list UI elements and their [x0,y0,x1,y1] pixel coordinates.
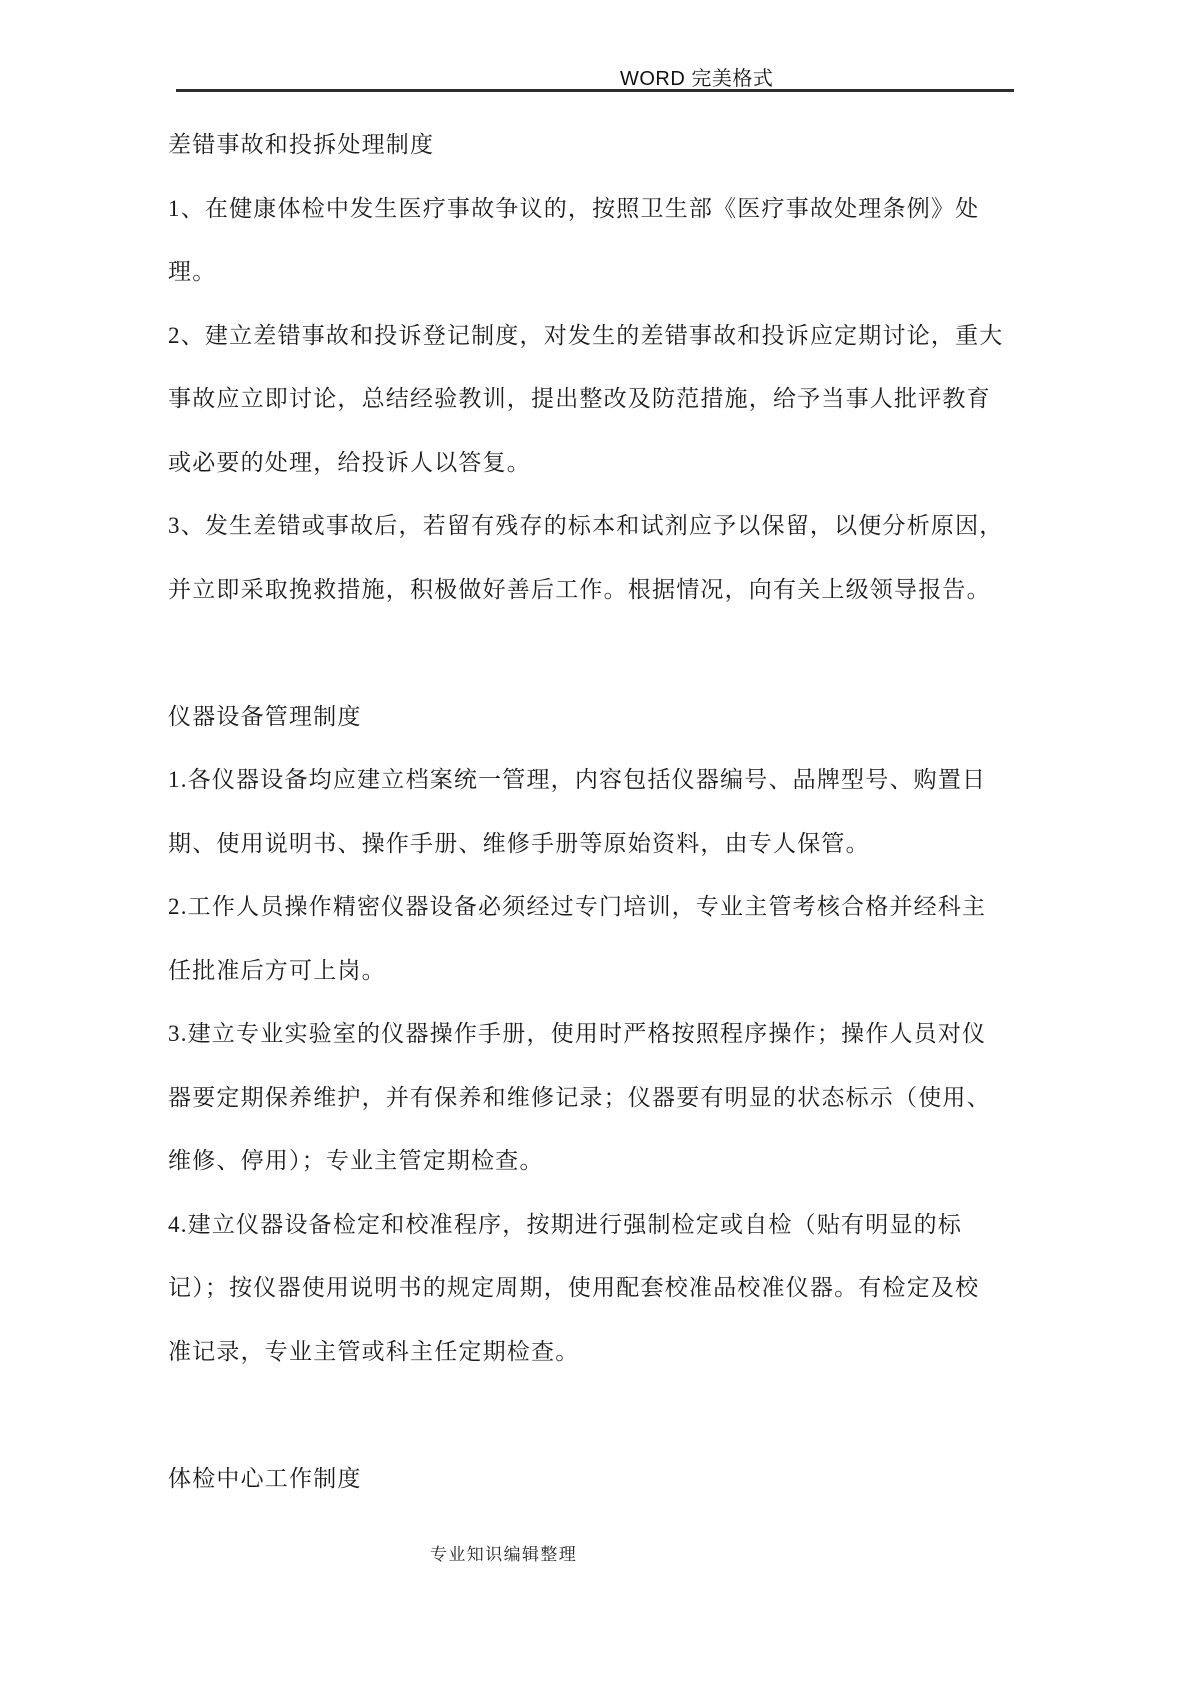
paragraph: 3、发生差错或事故后，若留有残存的标本和试剂应予以保留，以便分析原因，并立即采取… [168,494,1058,621]
paragraph: 2.工作人员操作精密仪器设备必须经过专门培训，专业主管考核合格并经科主任批准后方… [168,875,1058,1002]
section-spacer [168,621,1058,685]
paragraph-line: 1.各仪器设备均应建立档案统一管理，内容包括仪器编号、品牌型号、购置日 [168,748,1058,812]
paragraph: 4.建立仪器设备检定和校准程序，按期进行强制检定或自检（贴有明显的标记）；按仪器… [168,1193,1058,1384]
paragraph-line: 事故应立即讨论，总结经验教训，提出整改及防范措施，给予当事人批评教育 [168,367,1058,431]
header-rule [176,89,1014,92]
document-section: 差错事故和投拆处理制度1、在健康体检中发生医疗事故争议的，按照卫生部《医疗事故处… [168,113,1058,621]
page-footer: 专业知识编辑整理 [430,1541,577,1569]
paragraph-line: 并立即采取挽救措施，积极做好善后工作。根据情况，向有关上级领导报告。 [168,558,1058,622]
document-page: WORD 完美格式 差错事故和投拆处理制度1、在健康体检中发生医疗事故争议的，按… [0,0,1189,1682]
paragraph-line: 1、在健康体检中发生医疗事故争议的，按照卫生部《医疗事故处理条例》处 [168,177,1058,241]
header-title: WORD 完美格式 [620,62,773,91]
paragraph-line: 或必要的处理，给投诉人以答复。 [168,431,1058,495]
paragraph-line: 任批准后方可上岗。 [168,939,1058,1003]
section-heading: 体检中心工作制度 [168,1447,1058,1511]
document-section: 仪器设备管理制度1.各仪器设备均应建立档案统一管理，内容包括仪器编号、品牌型号、… [168,685,1058,1384]
paragraph-line: 3、发生差错或事故后，若留有残存的标本和试剂应予以保留，以便分析原因， [168,494,1058,558]
paragraph: 1、在健康体检中发生医疗事故争议的，按照卫生部《医疗事故处理条例》处理。 [168,177,1058,304]
paragraph-line: 4.建立仪器设备检定和校准程序，按期进行强制检定或自检（贴有明显的标 [168,1193,1058,1257]
paragraph-line: 2.工作人员操作精密仪器设备必须经过专门培训，专业主管考核合格并经科主 [168,875,1058,939]
paragraph-line: 维修、停用）；专业主管定期检查。 [168,1129,1058,1193]
paragraph-line: 器要定期保养维护，并有保养和维修记录；仪器要有明显的状态标示（使用、 [168,1066,1058,1130]
paragraph: 2、建立差错事故和投诉登记制度，对发生的差错事故和投诉应定期讨论，重大事故应立即… [168,304,1058,495]
document-section: 体检中心工作制度 [168,1447,1058,1511]
paragraph: 1.各仪器设备均应建立档案统一管理，内容包括仪器编号、品牌型号、购置日期、使用说… [168,748,1058,875]
paragraph-line: 理。 [168,240,1058,304]
paragraph-line: 记）；按仪器使用说明书的规定周期，使用配套校准品校准仪器。有检定及校 [168,1256,1058,1320]
paragraph: 3.建立专业实验室的仪器操作手册，使用时严格按照程序操作；操作人员对仪器要定期保… [168,1002,1058,1193]
section-heading: 仪器设备管理制度 [168,685,1058,749]
section-heading: 差错事故和投拆处理制度 [168,113,1058,177]
paragraph-line: 3.建立专业实验室的仪器操作手册，使用时严格按照程序操作；操作人员对仪 [168,1002,1058,1066]
paragraph-line: 准记录，专业主管或科主任定期检查。 [168,1320,1058,1384]
section-spacer [168,1383,1058,1447]
document-body: 差错事故和投拆处理制度1、在健康体检中发生医疗事故争议的，按照卫生部《医疗事故处… [168,113,1058,1510]
paragraph-line: 2、建立差错事故和投诉登记制度，对发生的差错事故和投诉应定期讨论，重大 [168,304,1058,368]
paragraph-line: 期、使用说明书、操作手册、维修手册等原始资料，由专人保管。 [168,812,1058,876]
